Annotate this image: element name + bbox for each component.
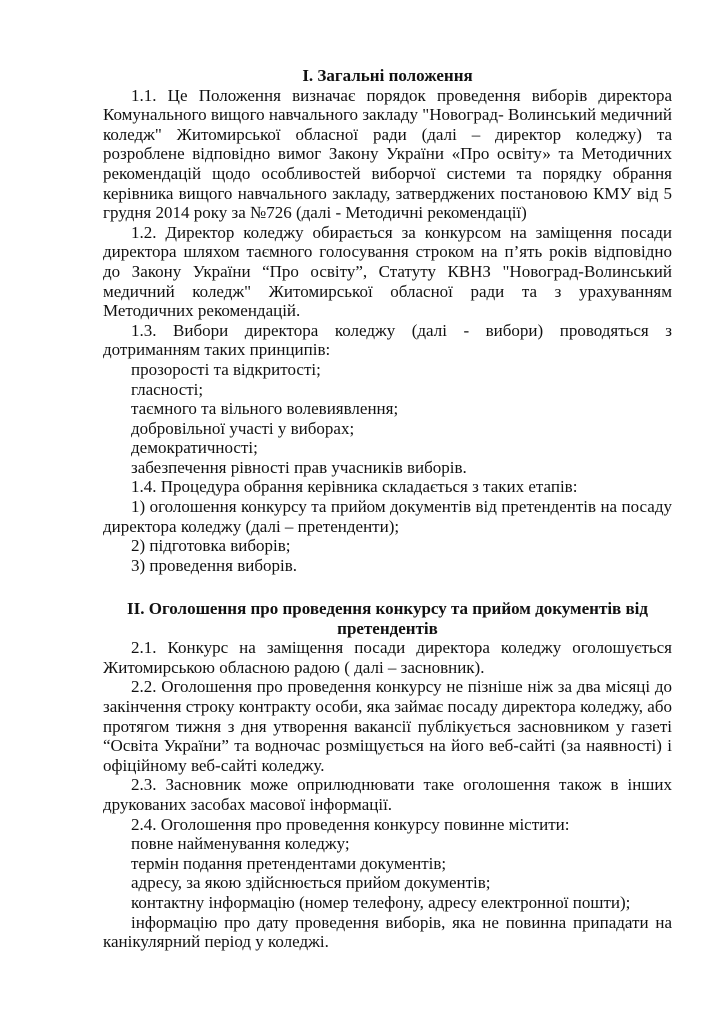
stage-item: 2) підготовка виборів;: [103, 536, 672, 556]
paragraph-2-1: 2.1. Конкурс на заміщення посади директо…: [103, 638, 672, 677]
paragraph-2-2: 2.2. Оголошення про проведення конкурсу …: [103, 677, 672, 775]
stage-item: 3) проведення виборів.: [103, 556, 672, 576]
section-1-title: I. Загальні положення: [103, 66, 672, 86]
stage-item: 1) оголошення конкурсу та прийом докумен…: [103, 497, 672, 536]
paragraph-2-3: 2.3. Засновник може оприлюднювати таке о…: [103, 775, 672, 814]
paragraph-1-3: 1.3. Вибори директора коледжу (далі - ви…: [103, 321, 672, 360]
paragraph-1-2: 1.2. Директор коледжу обирається за конк…: [103, 223, 672, 321]
section-spacer: [103, 575, 672, 595]
principle-item: таємного та вільного волевиявлення;: [103, 399, 672, 419]
principle-item: прозорості та відкритості;: [103, 360, 672, 380]
principle-item: гласності;: [103, 380, 672, 400]
principle-item: забезпечення рівності прав учасників виб…: [103, 458, 672, 478]
principle-item: демократичності;: [103, 438, 672, 458]
section-2-title: II. Оголошення про проведення конкурсу т…: [103, 599, 672, 638]
paragraph-2-4: 2.4. Оголошення про проведення конкурсу …: [103, 815, 672, 835]
content-item: інформацію про дату проведення виборів, …: [103, 913, 672, 952]
content-item: адресу, за якою здійснюється прийом доку…: [103, 873, 672, 893]
content-item: повне найменування коледжу;: [103, 834, 672, 854]
content-item: термін подання претендентами документів;: [103, 854, 672, 874]
principle-item: добровільної участі у виборах;: [103, 419, 672, 439]
content-item: контактну інформацію (номер телефону, ад…: [103, 893, 672, 913]
paragraph-1-1: 1.1. Це Положення визначає порядок прове…: [103, 86, 672, 223]
document-page: I. Загальні положення 1.1. Це Положення …: [103, 66, 672, 952]
paragraph-1-4: 1.4. Процедура обрання керівника складає…: [103, 477, 672, 497]
